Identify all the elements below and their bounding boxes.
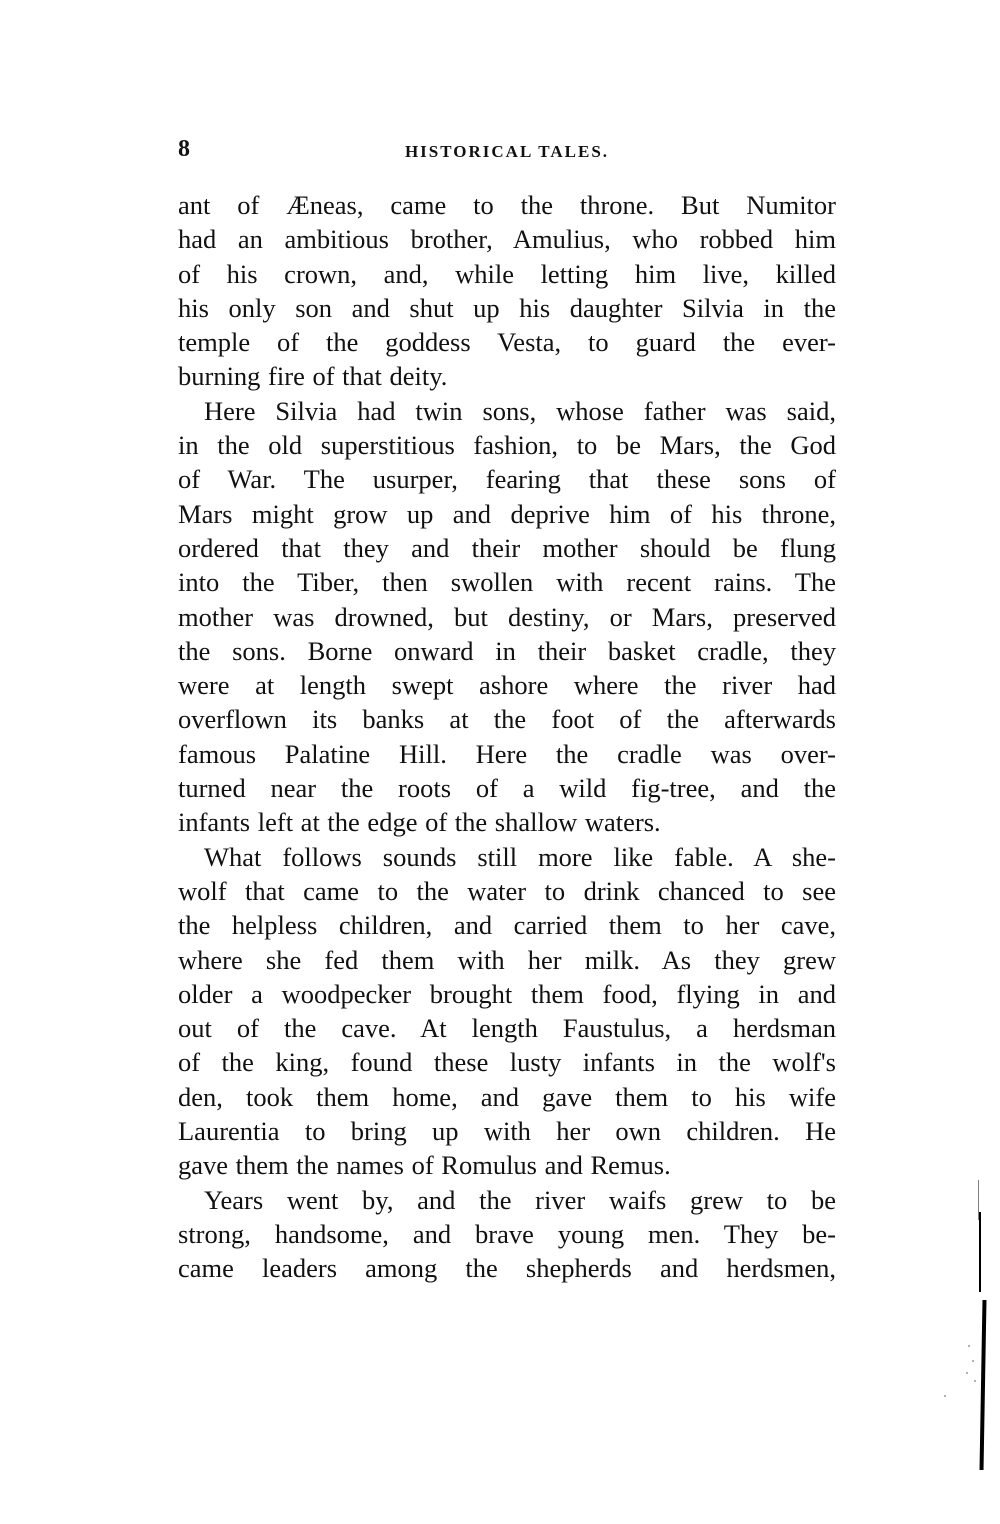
paragraph: What follows sounds still more like fabl… [178,840,836,1183]
text-line: infants left at the edge of the shallow … [178,805,836,839]
text-line: the helpless children, and carried them … [178,908,836,942]
scan-edge-line [980,1300,987,1470]
text-line: Laurentia to bring up with her own child… [178,1114,836,1148]
text-line: of War. The usurper, fearing that these … [178,462,836,496]
text-line: of his crown, and, while letting him liv… [178,257,836,291]
text-line: wolf that came to the water to drink cha… [178,874,836,908]
text-line: What follows sounds still more like fabl… [178,840,836,874]
text-line: came leaders among the shepherds and her… [178,1251,836,1285]
text-line: were at length swept ashore where the ri… [178,668,836,702]
text-line: temple of the goddess Vesta, to guard th… [178,325,836,359]
running-head: 8 HISTORICAL TALES. [178,130,836,170]
paragraph: Years went by, and the river waifs grew … [178,1183,836,1286]
text-line: mother was drowned, but destiny, or Mars… [178,600,836,634]
text-line: where she fed them with her milk. As the… [178,943,836,977]
scan-speck [974,1380,976,1382]
text-line: strong, handsome, and brave young men. T… [178,1217,836,1251]
scan-speck [966,1372,968,1374]
text-line: turned near the roots of a wild fig-tree… [178,771,836,805]
text-line: Years went by, and the river waifs grew … [178,1183,836,1217]
text-line: Here Silvia had twin sons, whose father … [178,394,836,428]
text-line: the sons. Borne onward in their basket c… [178,634,836,668]
text-line: in the old superstitious fashion, to be … [178,428,836,462]
body-text: ant of Æneas, came to the throne. But Nu… [178,188,836,1286]
scan-speck [972,1360,974,1362]
book-page: 8 HISTORICAL TALES. ant of Æneas, came t… [178,130,836,1286]
text-line: his only son and shut up his daughter Si… [178,291,836,325]
text-line: older a woodpecker brought them food, fl… [178,977,836,1011]
text-line: overflown its banks at the foot of the a… [178,702,836,736]
text-line: burning fire of that deity. [178,359,836,393]
text-line: out of the cave. At length Faustulus, a … [178,1011,836,1045]
scan-speck [968,1345,970,1347]
text-line: gave them the names of Romulus and Remus… [178,1148,836,1182]
scan-speck [944,1395,946,1397]
text-line: famous Palatine Hill. Here the cradle wa… [178,737,836,771]
running-title: HISTORICAL TALES. [178,142,836,162]
text-line: ordered that they and their mother shoul… [178,531,836,565]
paragraph: Here Silvia had twin sons, whose father … [178,394,836,840]
paragraph: ant of Æneas, came to the throne. But Nu… [178,188,836,394]
text-line: into the Tiber, then swollen with recent… [178,565,836,599]
text-line: had an ambitious brother, Amulius, who r… [178,222,836,256]
scan-edge-line [979,1212,981,1292]
text-line: of the king, found these lusty infants i… [178,1045,836,1079]
text-line: ant of Æneas, came to the throne. But Nu… [178,188,836,222]
text-line: Mars might grow up and deprive him of hi… [178,497,836,531]
text-line: den, took them home, and gave them to hi… [178,1080,836,1114]
